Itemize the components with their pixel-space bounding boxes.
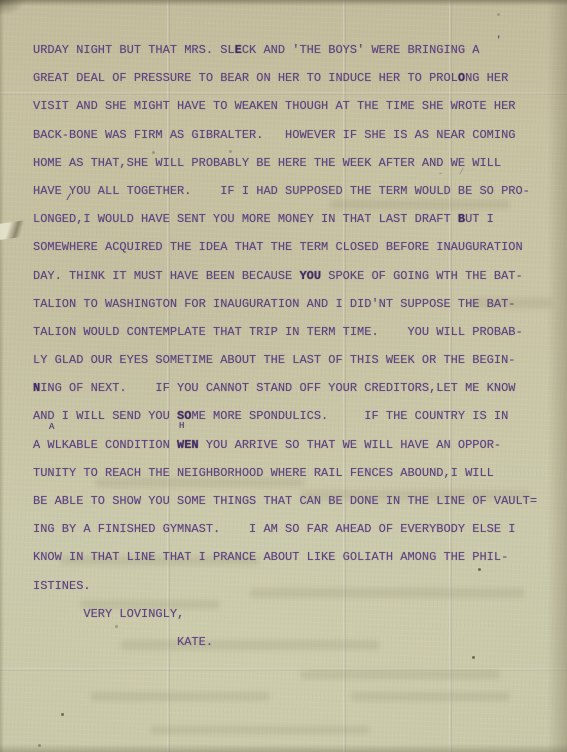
paper-speck: [497, 13, 500, 16]
corner-shadow: [0, 0, 26, 16]
typed-insertion-mark: /: [459, 168, 464, 177]
letter-body: URDAY NIGHT BUT THAT MRS. SLECK AND 'THE…: [33, 36, 553, 656]
text-segment: ISTINES.: [33, 579, 91, 593]
letter-line: LONGED,I WOULD HAVE SENT YOU MORE MONEY …: [33, 205, 553, 233]
ink-showthrough: [150, 726, 370, 734]
text-segment: BE ABLE TO SHOW YOU SOME THINGS THAT CAN…: [33, 494, 537, 508]
text-segment: ING BY A FINISHED GYMNAST. I AM SO FAR A…: [33, 522, 515, 536]
letter-line: NING OF NEXT. IF YOU CANNOT STAND OFF YO…: [33, 374, 553, 402]
text-segment: LY GLAD OUR EYES SOMETIME ABOUT THE LAST…: [33, 353, 515, 367]
paper-speck: [38, 744, 41, 747]
typed-insertion-mark: ': [496, 36, 501, 45]
letter-line: A WLKABLE CONDITION WEN YOU ARRIVE SO TH…: [33, 431, 553, 459]
paper-tear-mark: [0, 220, 29, 240]
overstruck-text-segment: B: [458, 212, 465, 226]
typed-insertion-mark: H: [179, 422, 184, 431]
typed-insertion-mark: A: [49, 423, 54, 432]
letter-line: TALION TO WASHINGTON FOR INAUGURATION AN…: [33, 290, 553, 318]
letter-line: KNOW IN THAT LINE THAT I PRANCE ABOUT LI…: [33, 543, 553, 571]
typed-insertion-mark: /: [66, 194, 71, 203]
letter-line: URDAY NIGHT BUT THAT MRS. SLECK AND 'THE…: [33, 36, 553, 64]
paper-speck: [472, 656, 475, 659]
text-segment: UT I: [465, 212, 494, 226]
text-segment: VERY LOVINGLY,: [33, 607, 184, 621]
text-segment: LONGED,I WOULD HAVE SENT YOU MORE MONEY …: [33, 212, 458, 226]
letter-line: HOME AS THAT,SHE WILL PROBABLY BE HERE T…: [33, 149, 553, 177]
text-segment: URDAY NIGHT BUT THAT MRS. SL: [33, 43, 235, 57]
letter-line: TUNITY TO REACH THE NEIGHBORHOOD WHERE R…: [33, 459, 553, 487]
letter-line: TALION WOULD CONTEMPLATE THAT TRIP IN TE…: [33, 318, 553, 346]
letter-line: ING BY A FINISHED GYMNAST. I AM SO FAR A…: [33, 515, 553, 543]
text-segment: TALION WOULD CONTEMPLATE THAT TRIP IN TE…: [33, 325, 523, 339]
overstruck-text-segment: O: [458, 71, 465, 85]
text-segment: SPOKE OF GOING WTH THE BAT-: [321, 269, 523, 283]
paper-edge-shadow-bottom: [0, 744, 567, 752]
letter-line: SOMEWHERE ACQUIRED THE IDEA THAT THE TER…: [33, 233, 553, 261]
letter-line: HAVE YOU ALL TOGETHER. IF I HAD SUPPOSED…: [33, 177, 553, 205]
text-segment: KATE.: [33, 635, 213, 649]
text-segment: NG HER: [465, 71, 508, 85]
paper-edge-shadow-top: [0, 0, 567, 6]
overstruck-text-segment: YOU: [299, 269, 321, 283]
ink-showthrough: [300, 670, 500, 679]
letter-line: GREAT DEAL OF PRESSURE TO BEAR ON HER TO…: [33, 64, 553, 92]
text-segment: VISIT AND SHE MIGHT HAVE TO WEAKEN THOUG…: [33, 99, 515, 113]
fold-crease-horizontal-lower: [0, 668, 567, 671]
paper-speck: [61, 713, 64, 716]
typed-insertion-mark: -: [438, 170, 443, 179]
text-segment: DAY. THINK IT MUST HAVE BEEN BECAUSE: [33, 269, 299, 283]
letter-line: AND I WILL SEND YOU SOME MORE SPONDULICS…: [33, 402, 553, 430]
letter-line: LY GLAD OUR EYES SOMETIME ABOUT THE LAST…: [33, 346, 553, 374]
letter-line: BACK-BONE WAS FIRM AS GIBRALTER. HOWEVER…: [33, 121, 553, 149]
letter-line: DAY. THINK IT MUST HAVE BEEN BECAUSE YOU…: [33, 262, 553, 290]
letter-line: ISTINES.: [33, 572, 553, 600]
text-segment: YOU ARRIVE SO THAT WE WILL HAVE AN OPPOR…: [199, 438, 501, 452]
ink-showthrough: [350, 692, 510, 701]
text-segment: HOME AS THAT,SHE WILL PROBABLY BE HERE T…: [33, 156, 501, 170]
text-segment: SOMEWHERE ACQUIRED THE IDEA THAT THE TER…: [33, 240, 523, 254]
letter-line: VISIT AND SHE MIGHT HAVE TO WEAKEN THOUG…: [33, 92, 553, 120]
letter-line: BE ABLE TO SHOW YOU SOME THINGS THAT CAN…: [33, 487, 553, 515]
letter-line: VERY LOVINGLY,: [33, 600, 553, 628]
text-segment: CK AND 'THE BOYS' WERE BRINGING A: [242, 43, 480, 57]
letter-line: KATE.: [33, 628, 553, 656]
text-segment: ME MORE SPONDULICS. IF THE COUNTRY IS IN: [191, 409, 508, 423]
text-segment: TUNITY TO REACH THE NEIGHBORHOOD WHERE R…: [33, 466, 494, 480]
text-segment: HAVE YOU ALL TOGETHER. IF I HAD SUPPOSED…: [33, 184, 530, 198]
overstruck-text-segment: WEN: [177, 438, 199, 452]
text-segment: ING OF NEXT. IF YOU CANNOT STAND OFF YOU…: [40, 381, 515, 395]
text-segment: AND I WILL SEND YOU: [33, 409, 177, 423]
paper-edge-shadow-left: [0, 0, 4, 752]
overstruck-text-segment: E: [235, 43, 242, 57]
ink-showthrough: [90, 692, 270, 701]
text-segment: A WLKABLE CONDITION: [33, 438, 177, 452]
text-segment: GREAT DEAL OF PRESSURE TO BEAR ON HER TO…: [33, 71, 458, 85]
text-segment: KNOW IN THAT LINE THAT I PRANCE ABOUT LI…: [33, 550, 508, 564]
text-segment: TALION TO WASHINGTON FOR INAUGURATION AN…: [33, 297, 515, 311]
letter-page: URDAY NIGHT BUT THAT MRS. SLECK AND 'THE…: [0, 0, 567, 752]
text-segment: BACK-BONE WAS FIRM AS GIBRALTER. HOWEVER…: [33, 128, 515, 142]
